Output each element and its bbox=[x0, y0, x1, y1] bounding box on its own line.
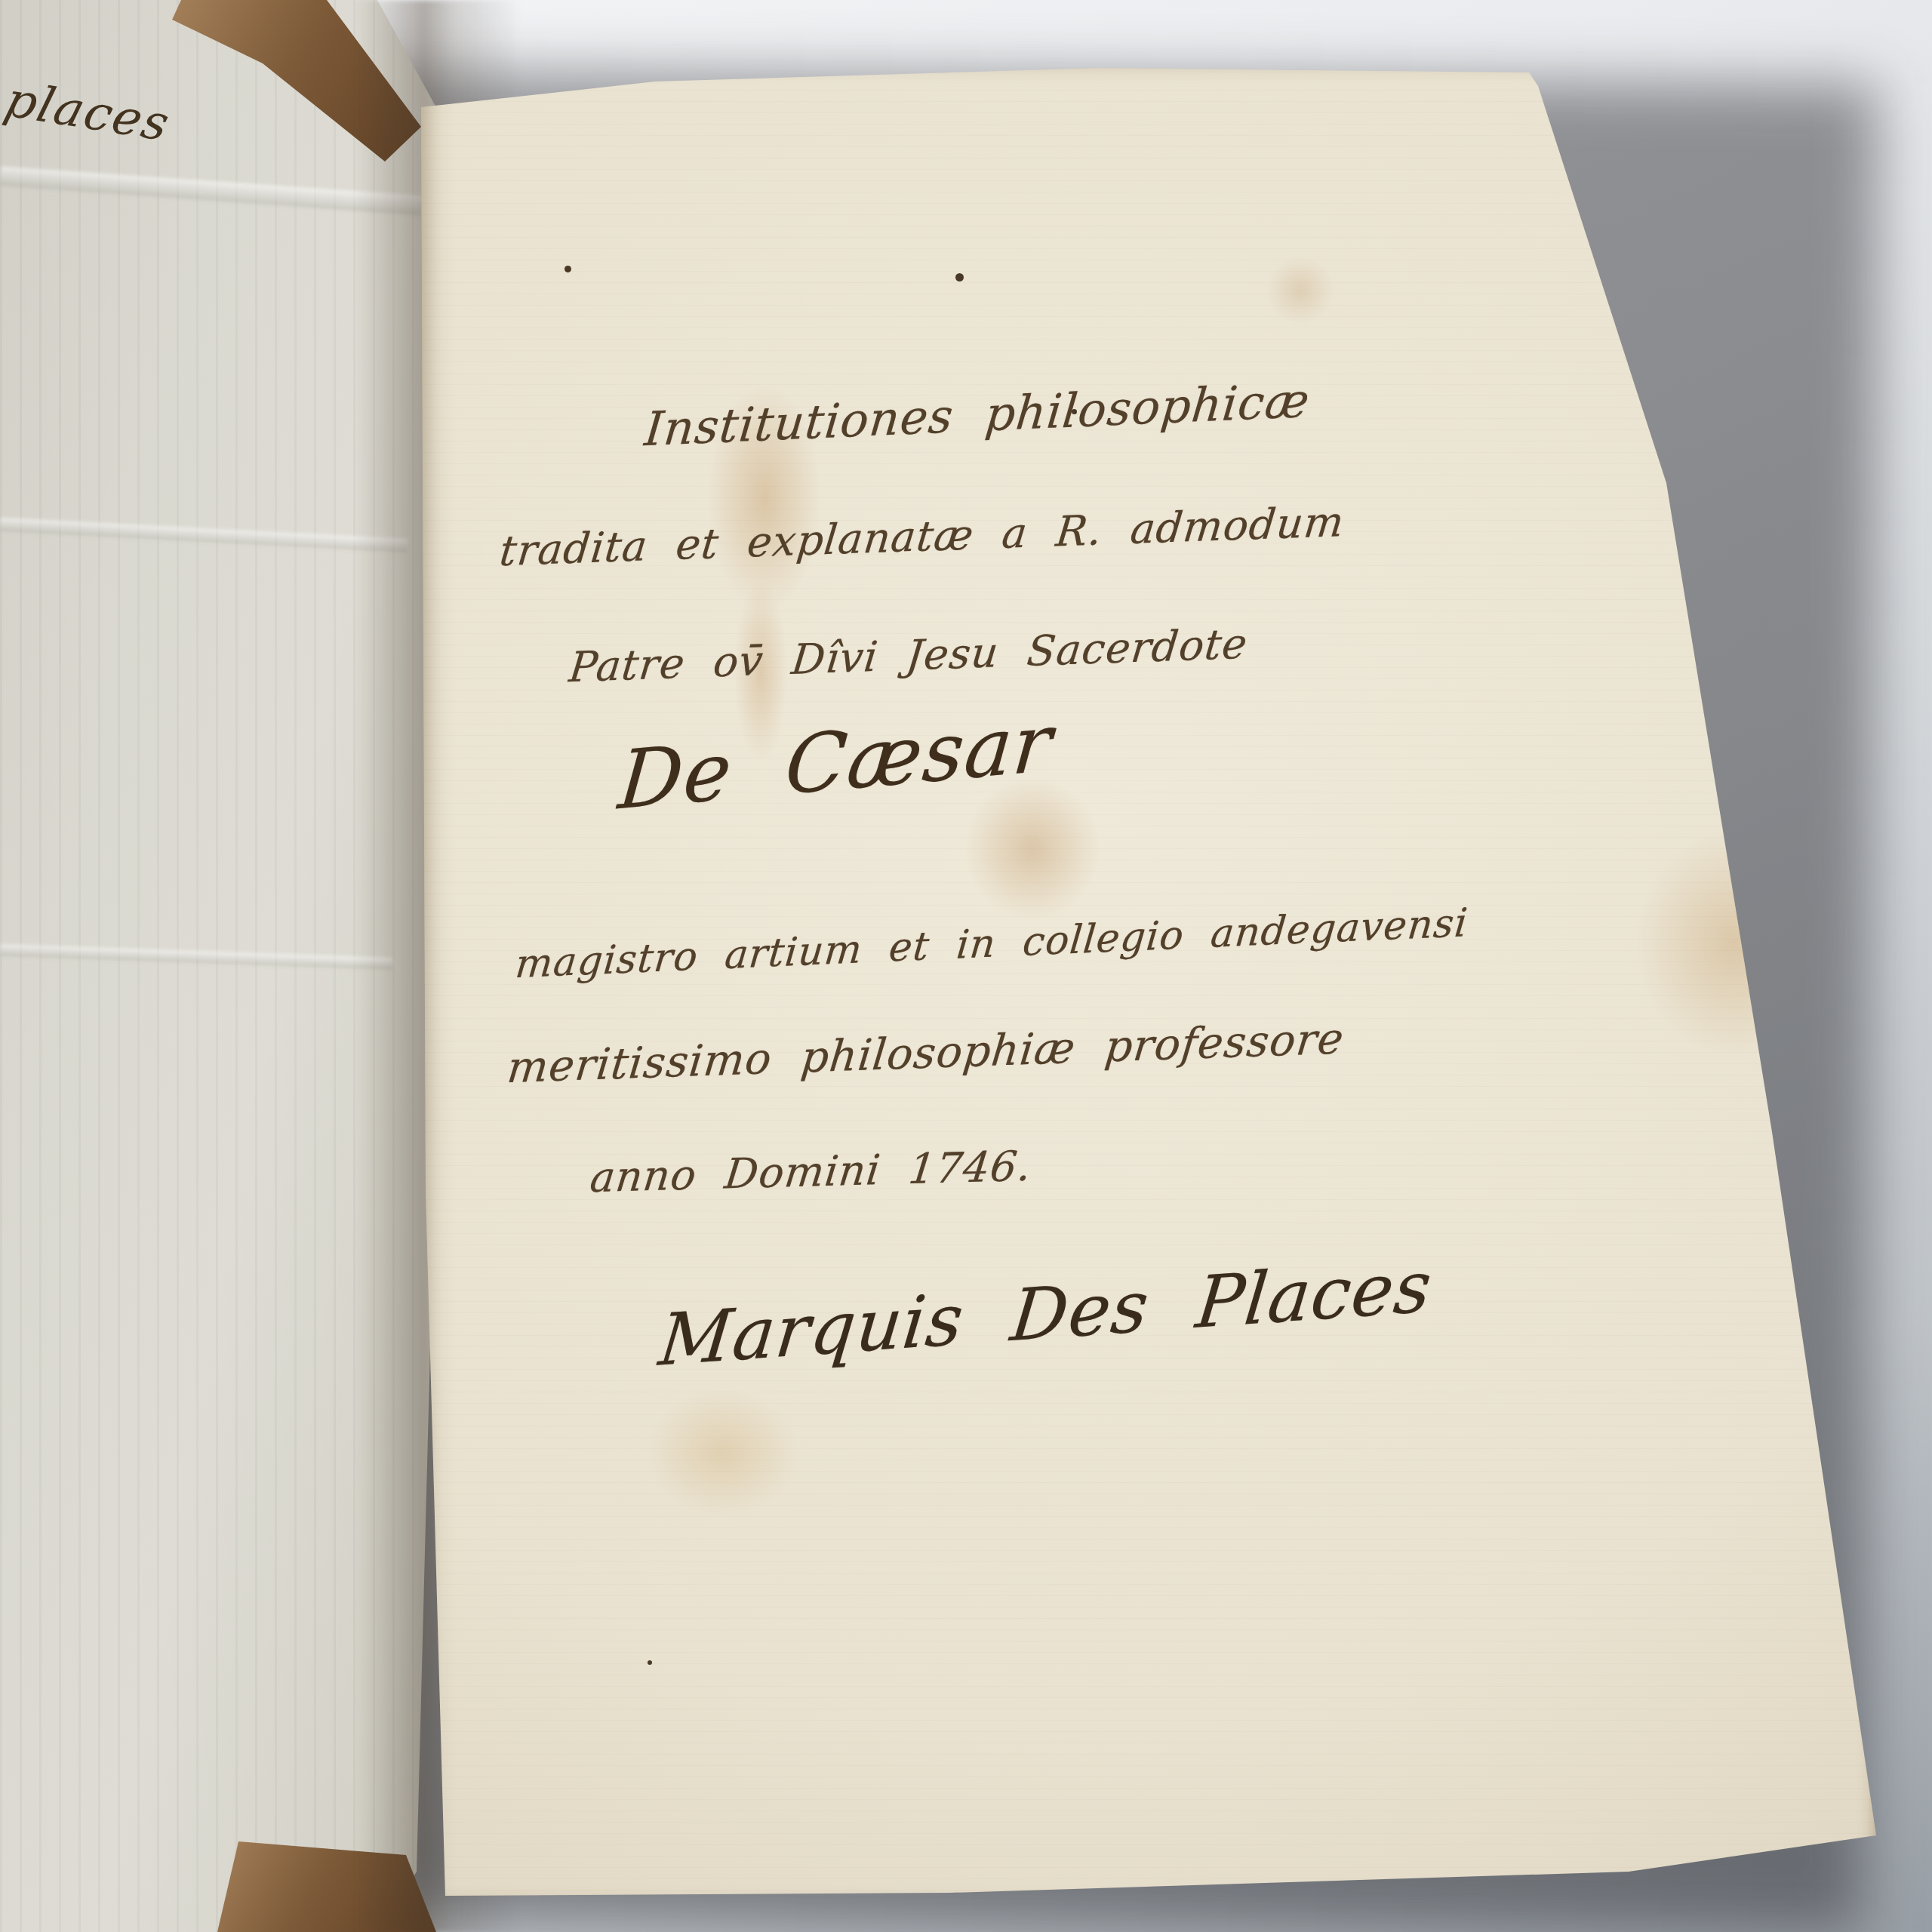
endpaper-inscription: places bbox=[0, 72, 176, 152]
crease-line bbox=[0, 518, 408, 552]
manuscript-line-title: Institutiones philosophicæ bbox=[642, 373, 1312, 457]
manuscript-line-patre: Patre ov̄ Dîvi Jesu Sacerdote bbox=[567, 620, 1250, 692]
book-photo: places Institutiones philosophicæ tradit… bbox=[0, 0, 1932, 1932]
ink-stain bbox=[964, 777, 1100, 921]
ink-speck bbox=[648, 1660, 652, 1665]
ink-stain bbox=[1266, 257, 1334, 325]
crease-line bbox=[0, 944, 392, 970]
manuscript-line-tradita: tradita et explanatæ a R. admodum bbox=[497, 497, 1346, 575]
ink-speck bbox=[955, 273, 964, 281]
manuscript-line-owner-signature: Marquis Des Places bbox=[655, 1246, 1435, 1383]
ink-stain bbox=[648, 1389, 798, 1517]
manuscript-line-meritissimo: meritissimo philosophiæ professore bbox=[505, 1014, 1346, 1093]
ink-speck bbox=[565, 266, 571, 272]
manuscript-line-anno-domini: anno Domini 1746. bbox=[588, 1142, 1035, 1202]
manuscript-line-magistro: magistro artium et in collegio andegaven… bbox=[513, 900, 1470, 987]
